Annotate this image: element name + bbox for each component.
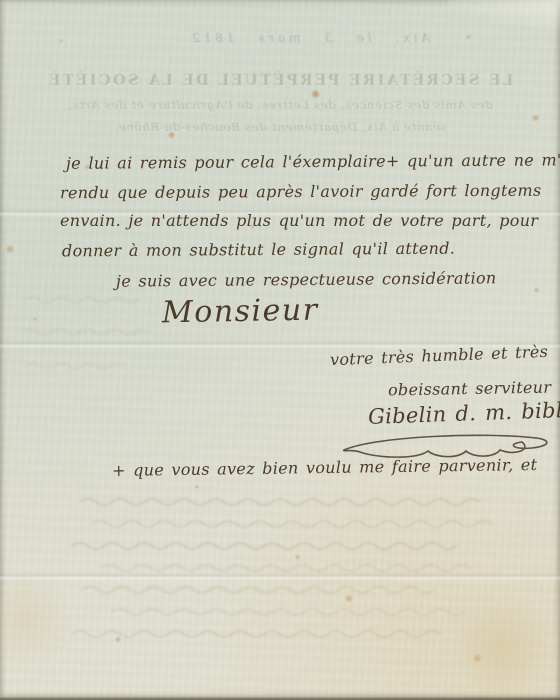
postscript: + que vous avez bien voulu me faire parv…: [112, 455, 538, 480]
foxing-spot: [310, 89, 321, 99]
foxing-spot: [533, 287, 540, 293]
fold-crease: [0, 572, 560, 581]
bleedthrough-letterhead-line: LE SECRÉTAIRE PERPÉTUEL DE LA SOCIÉTÉ: [40, 72, 520, 89]
paper-corner: [446, 0, 560, 40]
closing-line: obeissant serviteur: [388, 378, 552, 400]
bleedthrough-letterhead: LE SECRÉTAIRE PERPÉTUEL DE LA SOCIÉTÉ de…: [40, 72, 520, 134]
foxing-spot: [114, 636, 122, 643]
foxing-spot: [531, 114, 540, 122]
body-line: je suis avec une respectueuse considérat…: [116, 268, 497, 290]
foxing-spot: [472, 654, 483, 663]
bleedthrough-date-line: Aix, le 3 mars 1812: [100, 30, 430, 45]
body-line: rendu que depuis peu après l'avoir gardé…: [60, 181, 542, 203]
bleedthrough-letterhead-line: séante à Aix, Département des Bouches-du…: [40, 120, 520, 134]
age-stain: [448, 596, 558, 700]
age-stain: [0, 560, 70, 680]
foxing-spot: [344, 594, 354, 603]
salutation: Monsieur: [162, 293, 319, 331]
foxing-spot: [58, 38, 64, 43]
foxing-spot: [194, 484, 200, 490]
body-line: donner à mon substitut le signal qu'il a…: [62, 239, 455, 261]
letter-page: Aix, le 3 mars 1812 LE SECRÉTAIRE PERPÉT…: [0, 0, 560, 700]
bleedthrough-letterhead-line: des Amis des Sciences, des Lettres, de l…: [40, 98, 520, 112]
foxing-spot: [294, 554, 301, 560]
body-line: je lui ai remis pour cela l'éxemplaire+ …: [66, 150, 560, 173]
foxing-spot: [167, 131, 176, 139]
foxing-spot: [465, 34, 472, 40]
body-line: envain. je n'attends plus qu'un mot de v…: [60, 211, 538, 230]
foxing-spot: [32, 316, 38, 322]
signature: Gibelin d. m. bibl.re: [368, 397, 560, 429]
foxing-spot: [6, 243, 14, 255]
closing-line: votre très humble et très: [330, 342, 549, 369]
